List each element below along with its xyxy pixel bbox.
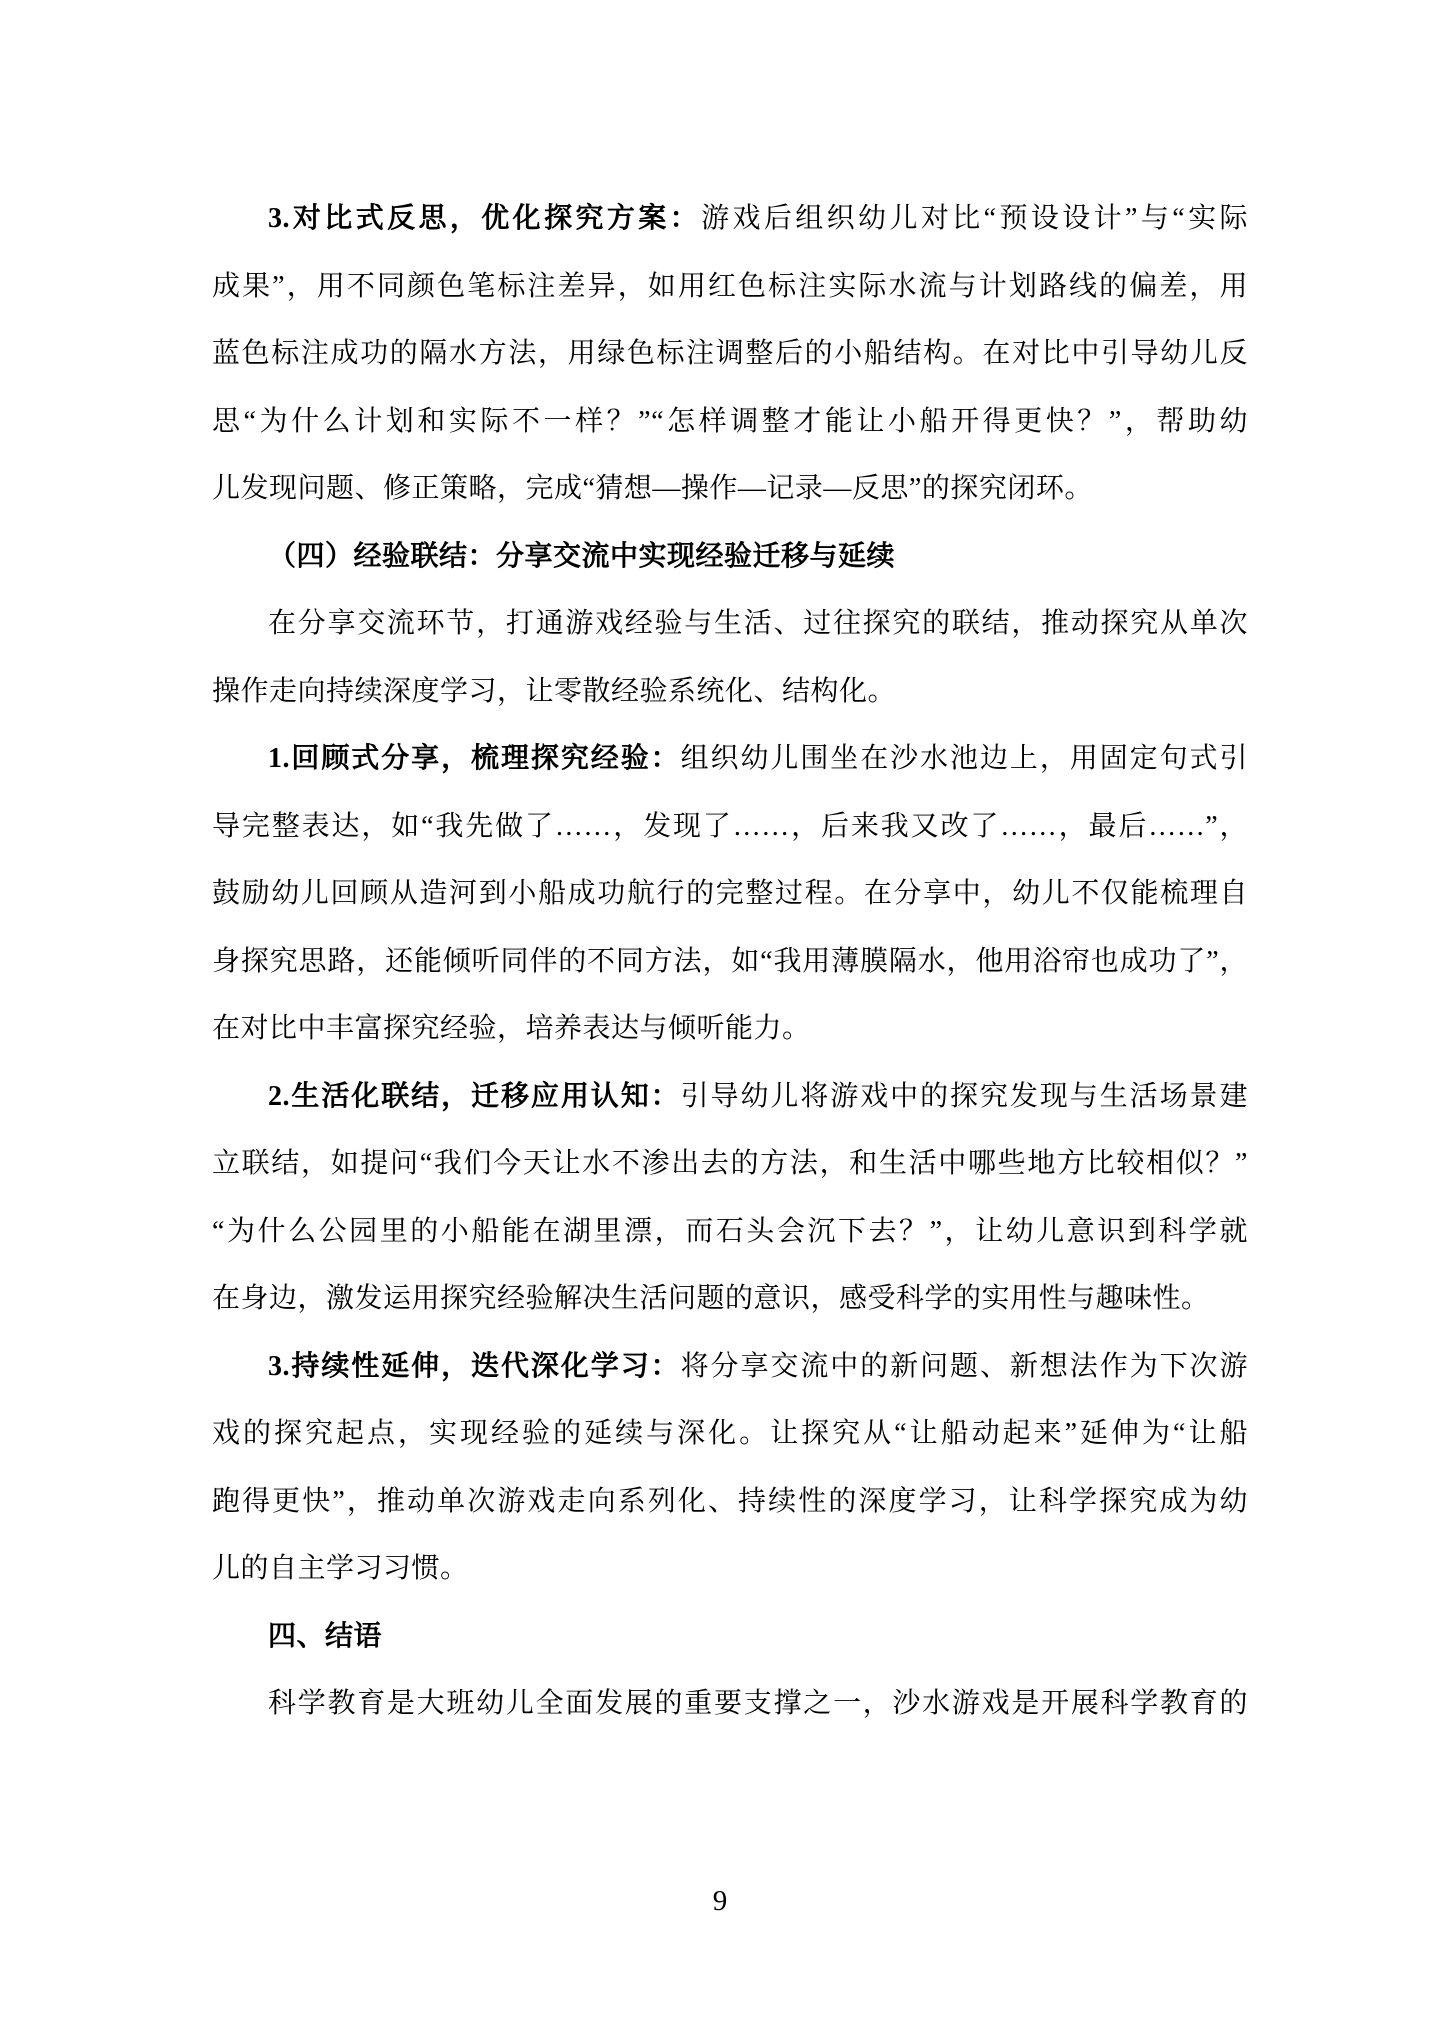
regular-run: 组织幼儿围坐在沙水池边上，用固定句式引 xyxy=(681,743,1248,774)
regular-run: 在分享交流环节，打通游戏经验与生活、过往探究的联结，推动探究从单次 xyxy=(268,608,1248,639)
regular-run: 游戏后组织幼儿对比“预设设计”与“实际 xyxy=(701,203,1248,234)
regular-run: 思“为什么计划和实际不一样？”“怎样调整才能让小船开得更快？”，帮助幼 xyxy=(212,406,1248,437)
text-line: 身探究思路，还能倾听同伴的不同方法，如“我用薄膜隔水，他用浴帘也成功了”， xyxy=(212,928,1248,996)
regular-run: 科学教育是大班幼儿全面发展的重要支撑之一，沙水游戏是开展科学教育的 xyxy=(268,1688,1248,1719)
text-line: 1.回顾式分享，梳理探究经验：组织幼儿围坐在沙水池边上，用固定句式引 xyxy=(212,725,1248,793)
regular-run: 将分享交流中的新问题、新想法作为下次游 xyxy=(681,1351,1248,1382)
regular-run: 操作走向持续深度学习，让零散经验系统化、结构化。 xyxy=(212,676,896,707)
section-heading: （四）经验联结：分享交流中实现经验迁移与延续 xyxy=(212,523,1248,591)
regular-run: 导完整表达，如“我先做了……，发现了……，后来我又改了……，最后……”， xyxy=(212,811,1248,842)
regular-run: 在对比中丰富探究经验，培养表达与倾听能力。 xyxy=(212,1013,811,1044)
text-line: 思“为什么计划和实际不一样？”“怎样调整才能让小船开得更快？”，帮助幼 xyxy=(212,388,1248,456)
regular-run: 戏的探究起点，实现经验的延续与深化。让探究从“让船动起来”延伸为“让船 xyxy=(212,1418,1248,1449)
regular-run: 在身边，激发运用探究经验解决生活问题的意识，感受科学的实用性与趣味性。 xyxy=(212,1283,1210,1314)
text-line: 在分享交流环节，打通游戏经验与生活、过往探究的联结，推动探究从单次 xyxy=(212,590,1248,658)
text-line: 儿发现问题、修正策略，完成“猜想—操作—记录—反思”的探究闭环。 xyxy=(212,455,1248,523)
text-line: 导完整表达，如“我先做了……，发现了……，后来我又改了……，最后……”， xyxy=(212,793,1248,861)
text-line: 蓝色标注成功的隔水方法，用绿色标注调整后的小船结构。在对比中引导幼儿反 xyxy=(212,320,1248,388)
text-line: 3.对比式反思，优化探究方案：游戏后组织幼儿对比“预设设计”与“实际 xyxy=(212,185,1248,253)
regular-run: 儿发现问题、修正策略，完成“猜想—操作—记录—反思”的探究闭环。 xyxy=(212,473,1093,504)
text-line: 戏的探究起点，实现经验的延续与深化。让探究从“让船动起来”延伸为“让船 xyxy=(212,1400,1248,1468)
text-line: 在对比中丰富探究经验，培养表达与倾听能力。 xyxy=(212,995,1248,1063)
text-line: 科学教育是大班幼儿全面发展的重要支撑之一，沙水游戏是开展科学教育的 xyxy=(212,1670,1248,1738)
regular-run: 儿的自主学习习惯。 xyxy=(212,1553,469,1584)
regular-run: 成果”，用不同颜色笔标注差异，如用红色标注实际水流与计划路线的偏差，用 xyxy=(212,271,1248,302)
bold-run: （四）经验联结：分享交流中实现经验迁移与延续 xyxy=(268,541,895,572)
text-line: 2.生活化联结，迁移应用认知：引导幼儿将游戏中的探究发现与生活场景建 xyxy=(212,1063,1248,1131)
text-line: 立联结，如提问“我们今天让水不渗出去的方法，和生活中哪些地方比较相似？” xyxy=(212,1130,1248,1198)
bold-run: 3.持续性延伸，迭代深化学习： xyxy=(268,1351,681,1382)
regular-run: 立联结，如提问“我们今天让水不渗出去的方法，和生活中哪些地方比较相似？” xyxy=(212,1148,1248,1179)
text-line: “为什么公园里的小船能在湖里漂，而石头会沉下去？”，让幼儿意识到科学就 xyxy=(212,1198,1248,1266)
regular-run: 跑得更快”，推动单次游戏走向系列化、持续性的深度学习，让科学探究成为幼 xyxy=(212,1486,1248,1517)
bold-run: 1.回顾式分享，梳理探究经验： xyxy=(268,743,681,774)
page-number: 9 xyxy=(0,1885,1440,1917)
regular-run: “为什么公园里的小船能在湖里漂，而石头会沉下去？”，让幼儿意识到科学就 xyxy=(212,1216,1248,1247)
bold-run: 2.生活化联结，迁移应用认知： xyxy=(268,1081,681,1112)
bold-run: 3.对比式反思，优化探究方案： xyxy=(268,203,701,234)
document-text-block: 3.对比式反思，优化探究方案：游戏后组织幼儿对比“预设设计”与“实际 成果”，用… xyxy=(212,185,1248,1738)
text-line: 在身边，激发运用探究经验解决生活问题的意识，感受科学的实用性与趣味性。 xyxy=(212,1265,1248,1333)
text-line: 儿的自主学习习惯。 xyxy=(212,1535,1248,1603)
text-line: 跑得更快”，推动单次游戏走向系列化、持续性的深度学习，让科学探究成为幼 xyxy=(212,1468,1248,1536)
regular-run: 引导幼儿将游戏中的探究发现与生活场景建 xyxy=(681,1081,1248,1112)
document-page: 3.对比式反思，优化探究方案：游戏后组织幼儿对比“预设设计”与“实际 成果”，用… xyxy=(0,0,1440,2036)
text-line: 鼓励幼儿回顾从造河到小船成功航行的完整过程。在分享中，幼儿不仅能梳理自 xyxy=(212,860,1248,928)
text-line: 操作走向持续深度学习，让零散经验系统化、结构化。 xyxy=(212,658,1248,726)
bold-run: 四、结语 xyxy=(268,1621,382,1652)
regular-run: 身探究思路，还能倾听同伴的不同方法，如“我用薄膜隔水，他用浴帘也成功了”， xyxy=(212,946,1248,977)
regular-run: 鼓励幼儿回顾从造河到小船成功航行的完整过程。在分享中，幼儿不仅能梳理自 xyxy=(212,878,1248,909)
text-line: 成果”，用不同颜色笔标注差异，如用红色标注实际水流与计划路线的偏差，用 xyxy=(212,253,1248,321)
section-heading: 四、结语 xyxy=(212,1603,1248,1671)
text-line: 3.持续性延伸，迭代深化学习：将分享交流中的新问题、新想法作为下次游 xyxy=(212,1333,1248,1401)
regular-run: 蓝色标注成功的隔水方法，用绿色标注调整后的小船结构。在对比中引导幼儿反 xyxy=(212,338,1248,369)
